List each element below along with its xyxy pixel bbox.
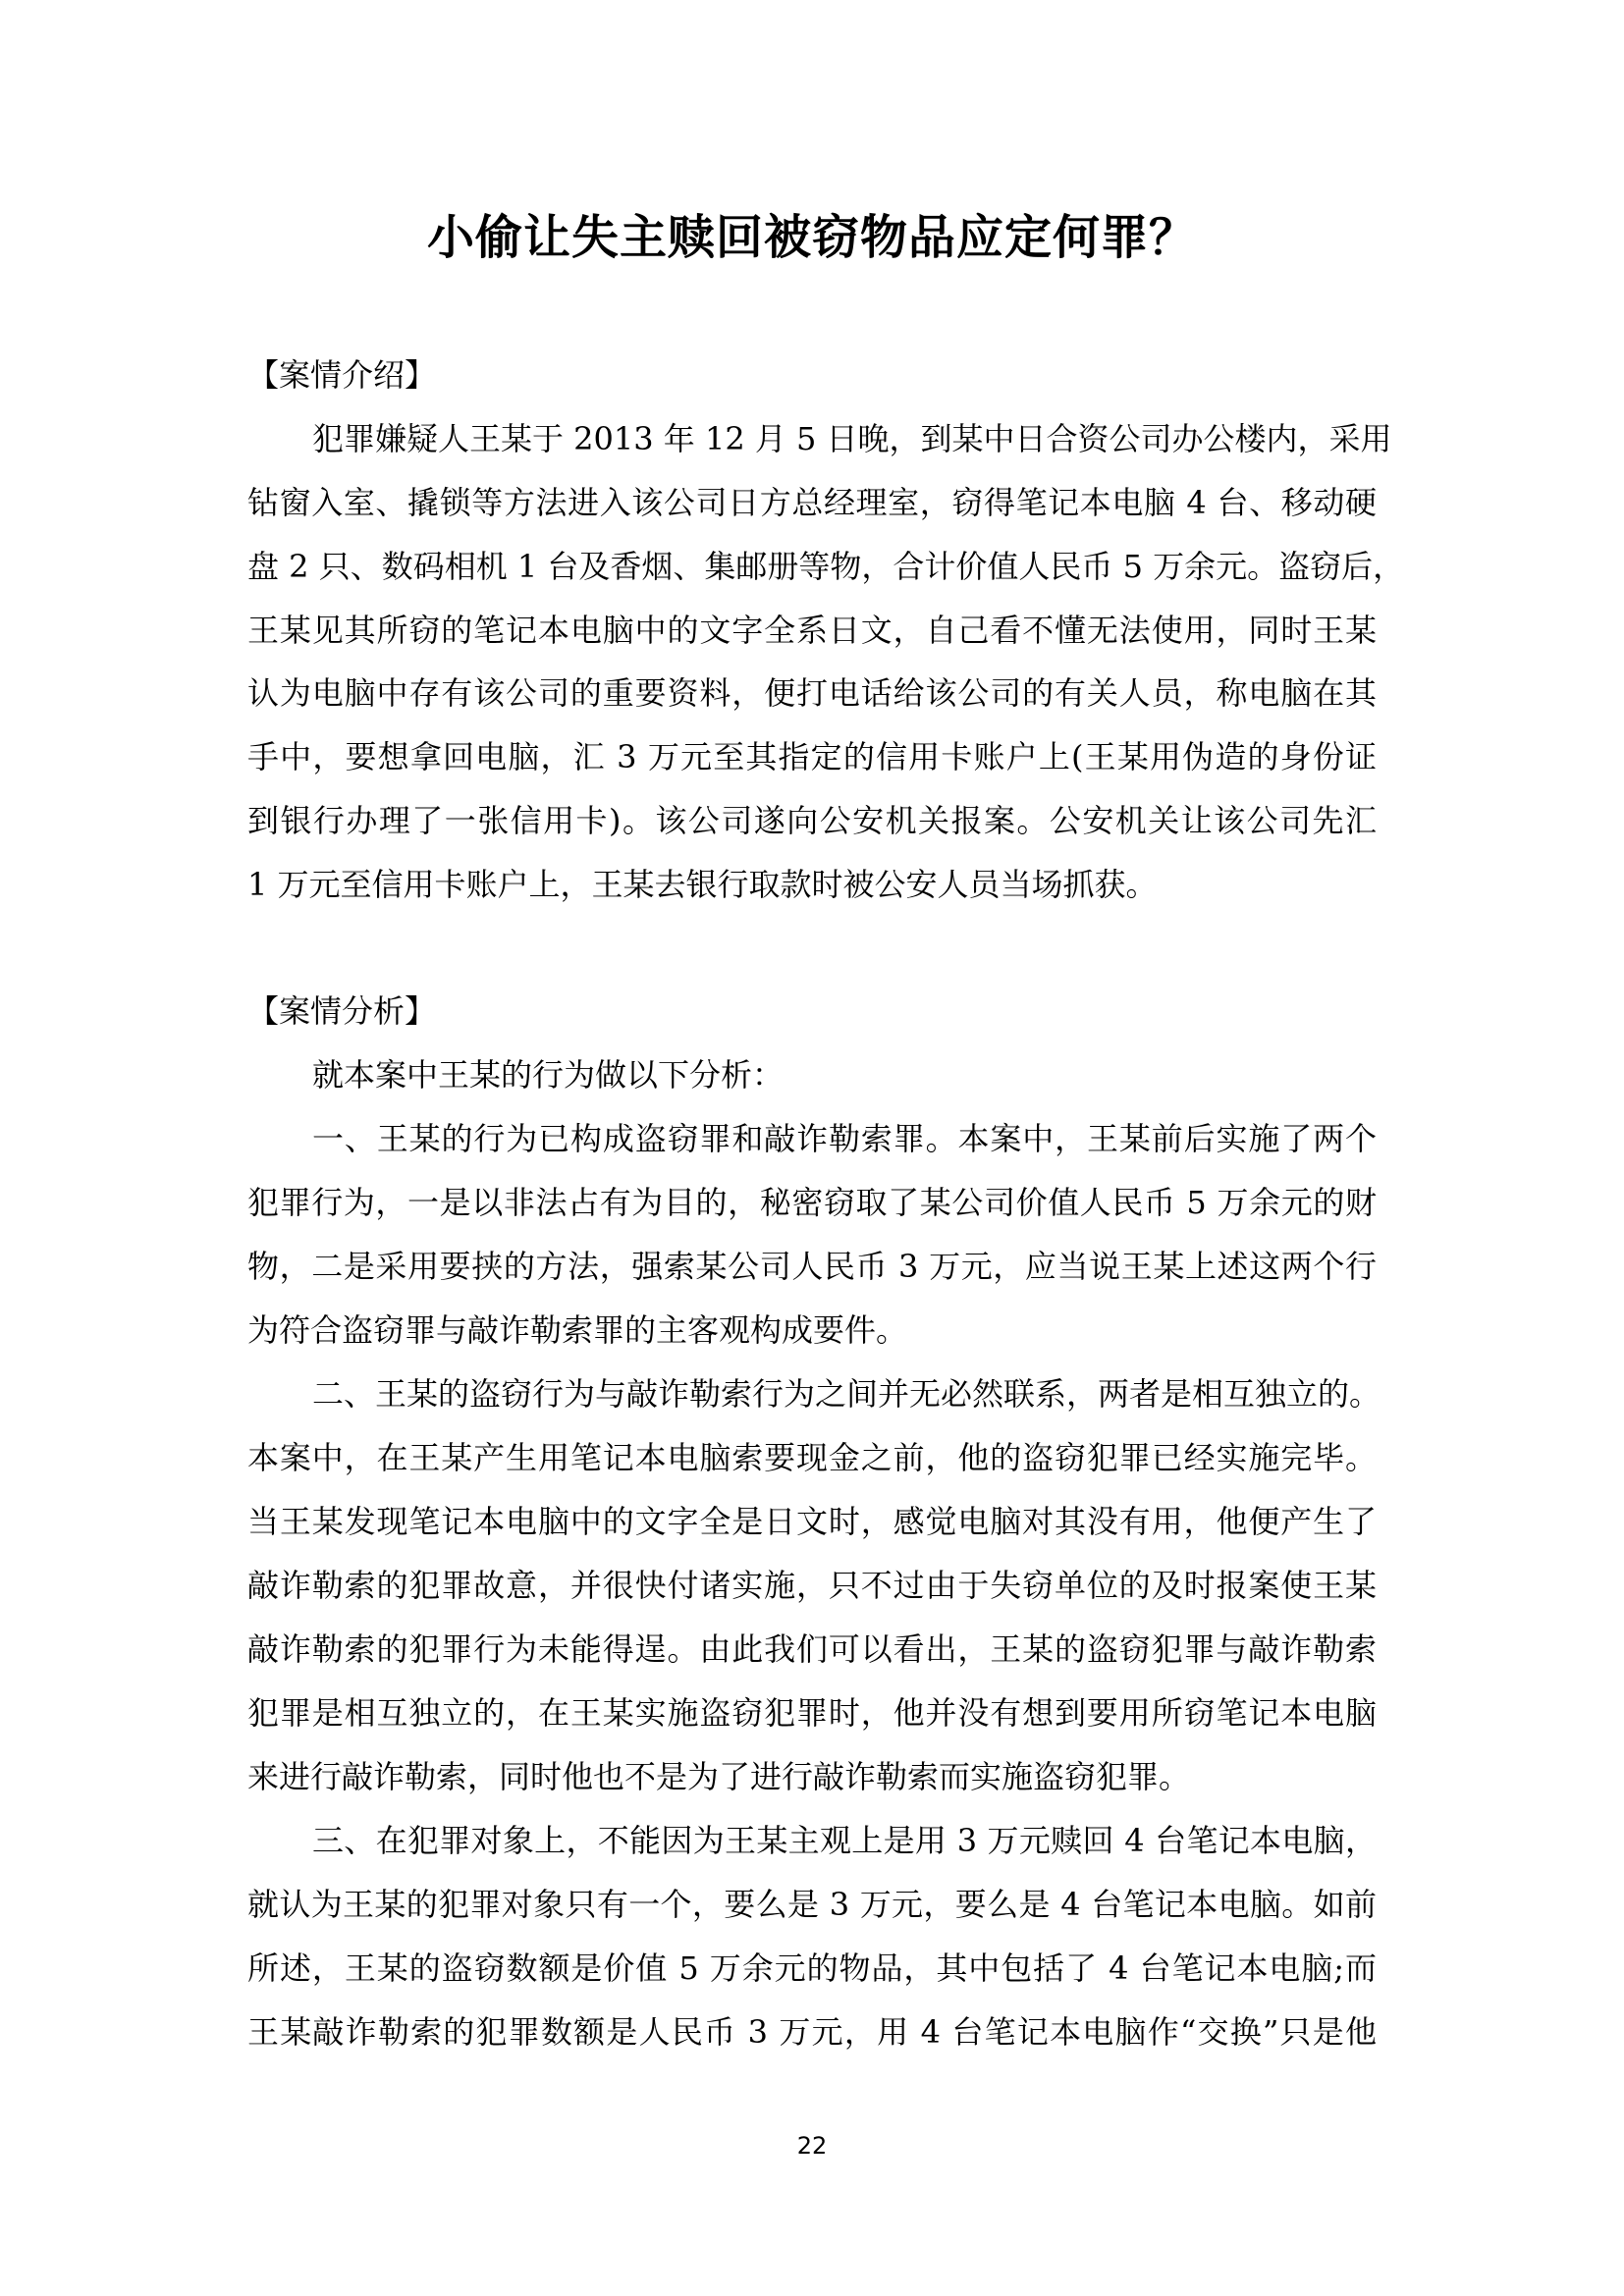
paragraph-line: 王某见其所窃的笔记本电脑中的文字全系日文，自己看不懂无法使用，同时王某 bbox=[247, 609, 1377, 652]
paragraph-line: 本案中，在王某产生用笔记本电脑索要现金之前，他的盗窃犯罪已经实施完毕。 bbox=[247, 1436, 1377, 1479]
paragraph-line: 为符合盗窃罪与敲诈勒索罪的主客观构成要件。 bbox=[247, 1308, 1377, 1352]
page-number: 22 bbox=[0, 2130, 1624, 2162]
paragraph-line: 到银行办理了一张信用卡)。该公司遂向公安机关报案。公安机关让该公司先汇 bbox=[247, 799, 1377, 842]
paragraph-line: 1 万元至信用卡账户上，王某去银行取款时被公安人员当场抓获。 bbox=[247, 863, 1377, 906]
paragraph-line: 所述，王某的盗窃数额是价值 5 万余元的物品，其中包括了 4 台笔记本电脑;而 bbox=[247, 1947, 1377, 1990]
paragraph-line: 当王某发现笔记本电脑中的文字全是日文时，感觉电脑对其没有用，他便产生了 bbox=[247, 1500, 1377, 1543]
paragraph-line: 盘 2 只、数码相机 1 台及香烟、集邮册等物，合计价值人民币 5 万余元。盗窃… bbox=[247, 545, 1377, 588]
paragraph-line: 手中，要想拿回电脑，汇 3 万元至其指定的信用卡账户上(王某用伪造的身份证 bbox=[247, 735, 1377, 778]
paragraph-line: 钻窗入室、撬锁等方法进入该公司日方总经理室，窃得笔记本电脑 4 台、移动硬 bbox=[247, 481, 1377, 524]
paragraph-line: 一、王某的行为已构成盗窃罪和敲诈勒索罪。本案中，王某前后实施了两个 bbox=[312, 1117, 1377, 1160]
paragraph-line: 犯罪行为，一是以非法占有为目的，秘密窃取了某公司价值人民币 5 万余元的财 bbox=[247, 1181, 1377, 1224]
section-heading-case-intro: 【案情介绍】 bbox=[247, 353, 436, 397]
document-title: 小偷让失主赎回被窃物品应定何罪？ bbox=[0, 208, 1624, 267]
paragraph-line: 来进行敲诈勒索，同时他也不是为了进行敲诈勒索而实施盗窃犯罪。 bbox=[247, 1755, 1377, 1798]
paragraph-line: 犯罪嫌疑人王某于 2013 年 12 月 5 日晚，到某中日合资公司办公楼内，采… bbox=[312, 417, 1377, 460]
paragraph-line: 犯罪是相互独立的，在王某实施盗窃犯罪时，他并没有想到要用所窃笔记本电脑 bbox=[247, 1691, 1377, 1735]
paragraph-line: 就认为王某的犯罪对象只有一个，要么是 3 万元，要么是 4 台笔记本电脑。如前 bbox=[247, 1883, 1377, 1926]
paragraph-line: 王某敲诈勒索的犯罪数额是人民币 3 万元，用 4 台笔记本电脑作“交换”只是他 bbox=[247, 2010, 1377, 2054]
paragraph-line: 认为电脑中存有该公司的重要资料，便打电话给该公司的有关人员，称电脑在其 bbox=[247, 671, 1377, 715]
section-heading-case-analysis: 【案情分析】 bbox=[247, 989, 436, 1033]
paragraph-line: 就本案中王某的行为做以下分析： bbox=[312, 1053, 1377, 1096]
document-page: 小偷让失主赎回被窃物品应定何罪？ 【案情介绍】 犯罪嫌疑人王某于 2013 年 … bbox=[0, 0, 1624, 2296]
paragraph-line: 物，二是采用要挟的方法，强索某公司人民币 3 万元，应当说王某上述这两个行 bbox=[247, 1245, 1377, 1288]
paragraph-line: 二、王某的盗窃行为与敲诈勒索行为之间并无必然联系，两者是相互独立的。 bbox=[312, 1372, 1377, 1415]
paragraph-line: 敲诈勒索的犯罪故意，并很快付诸实施，只不过由于失窃单位的及时报案使王某 bbox=[247, 1564, 1377, 1607]
paragraph-line: 三、在犯罪对象上，不能因为王某主观上是用 3 万元赎回 4 台笔记本电脑， bbox=[312, 1819, 1377, 1862]
paragraph-line: 敲诈勒索的犯罪行为未能得逞。由此我们可以看出，王某的盗窃犯罪与敲诈勒索 bbox=[247, 1628, 1377, 1671]
